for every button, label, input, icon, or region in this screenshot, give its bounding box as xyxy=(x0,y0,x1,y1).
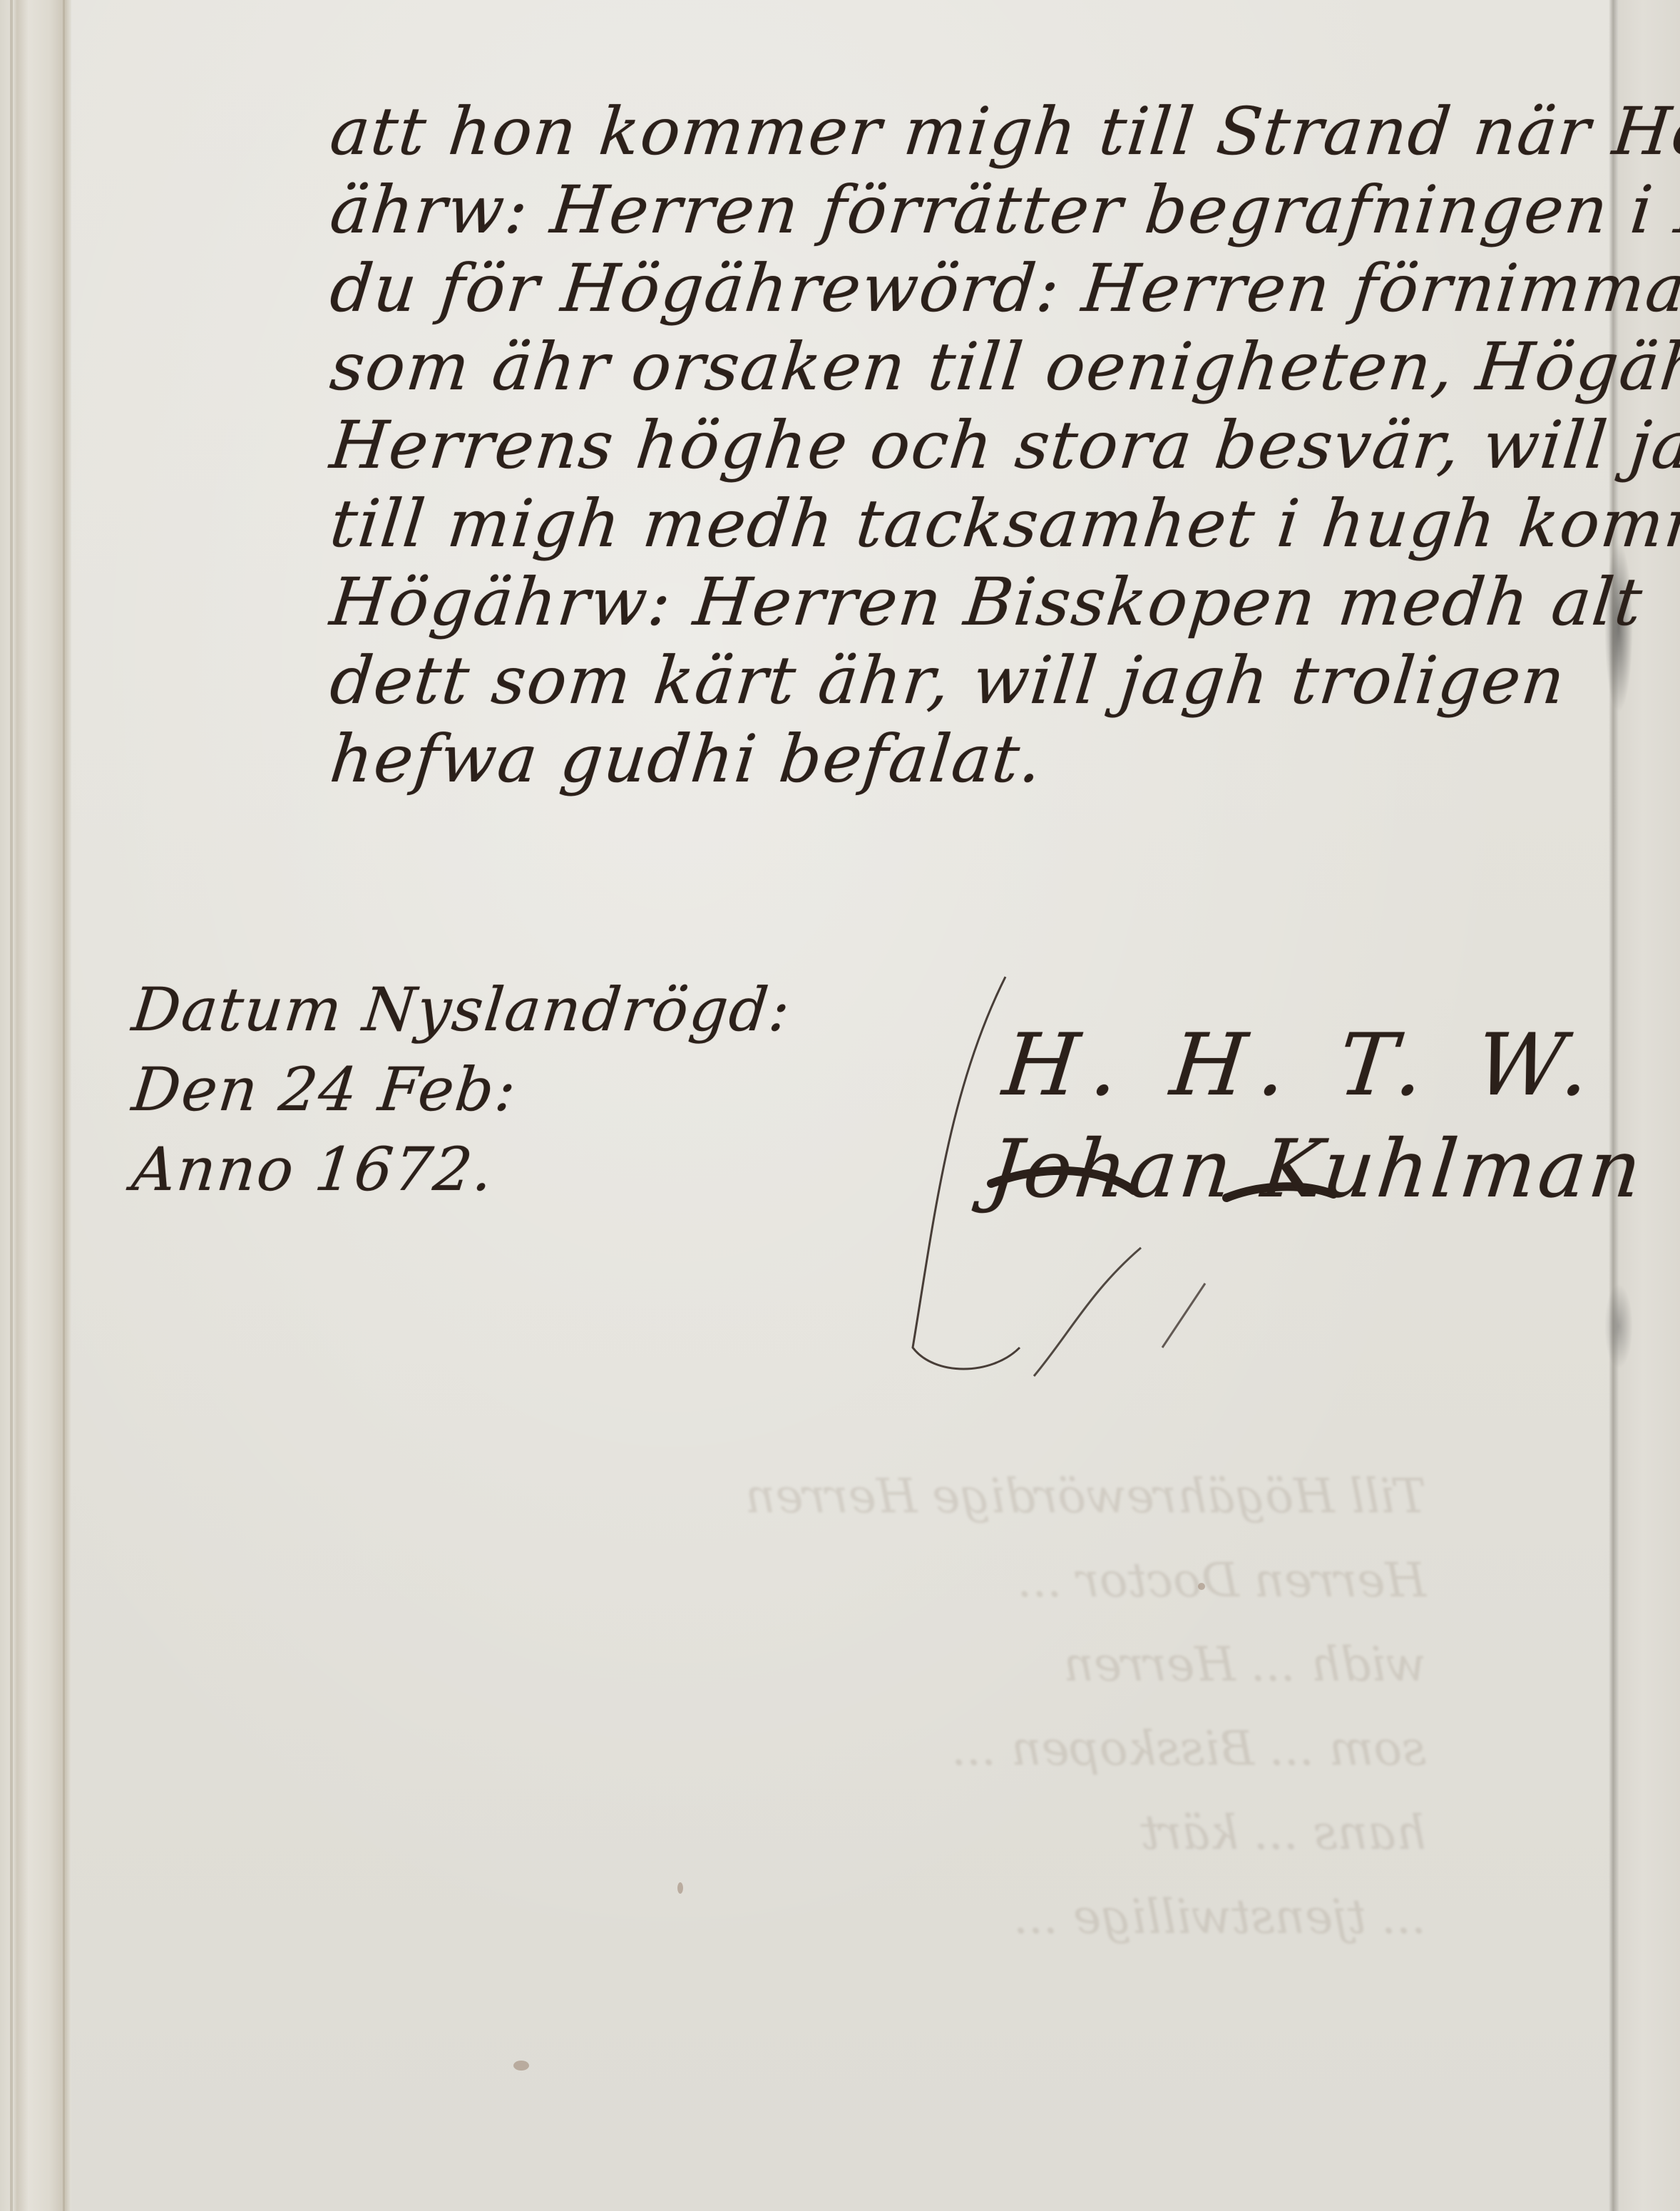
bleed-line-5: hans ... kärt xyxy=(143,1791,1426,1875)
dateline-place: Datum Nyslandrögd: xyxy=(128,970,779,1050)
paper-speck xyxy=(513,2061,529,2071)
bleed-line-1: Till Högährewördige Herren xyxy=(143,1455,1426,1539)
letter-body: att hon kommer migh till Strand när Högh… xyxy=(327,93,1610,799)
paper-speck xyxy=(677,1882,683,1894)
left-binding-edge xyxy=(0,0,71,2211)
paper-speck xyxy=(1198,1583,1205,1590)
signature-closing-initials: H. H. T. W. xyxy=(984,1012,1637,1119)
bleed-line-3: widh ... Herren xyxy=(143,1623,1426,1707)
body-line-6: till migh medh tacksamhet i hugh komma xyxy=(327,485,1619,563)
bleed-through-text: Till Högährewördige Herren Herren Doctor… xyxy=(143,1455,1426,1959)
bleed-line-4: som ... Bisskopen ... xyxy=(143,1707,1426,1791)
body-line-8: dett som kärt ähr, will jagh troligen xyxy=(327,642,1619,720)
body-line-4: som ähr orsaken till oenigheten, Högähr: xyxy=(327,328,1619,406)
ink-blot-stain-lower xyxy=(1604,1283,1633,1369)
dateline-year: Anno 1672. xyxy=(128,1129,779,1209)
water-stain xyxy=(63,0,65,2211)
body-line-9: hefwa gudhi befalat. xyxy=(327,720,1619,799)
body-line-7: Högährw: Herren Bisskopen medh alt xyxy=(327,563,1619,642)
body-line-2: ährw: Herren förrätter begrafningen i Ny… xyxy=(327,171,1619,250)
signature-name: Johan Kuhlman xyxy=(984,1119,1637,1219)
bleed-line-6: ... tjenstwillige ... xyxy=(143,1875,1426,1959)
body-line-1: att hon kommer migh till Strand när Högh xyxy=(327,93,1619,171)
manuscript-page: att hon kommer migh till Strand när Högh… xyxy=(0,0,1680,2211)
dateline-day: Den 24 Feb: xyxy=(128,1050,779,1129)
body-line-5: Herrens höghe och stora besvär, will jag xyxy=(327,406,1619,485)
signature-block: H. H. T. W. Johan Kuhlman xyxy=(984,1012,1626,1219)
place-and-date: Datum Nyslandrögd: Den 24 Feb: Anno 1672… xyxy=(128,970,770,1209)
body-line-3: du för Högährewörd: Herren förnimma hvem xyxy=(327,250,1619,328)
bleed-line-2: Herren Doctor ... xyxy=(143,1539,1426,1623)
